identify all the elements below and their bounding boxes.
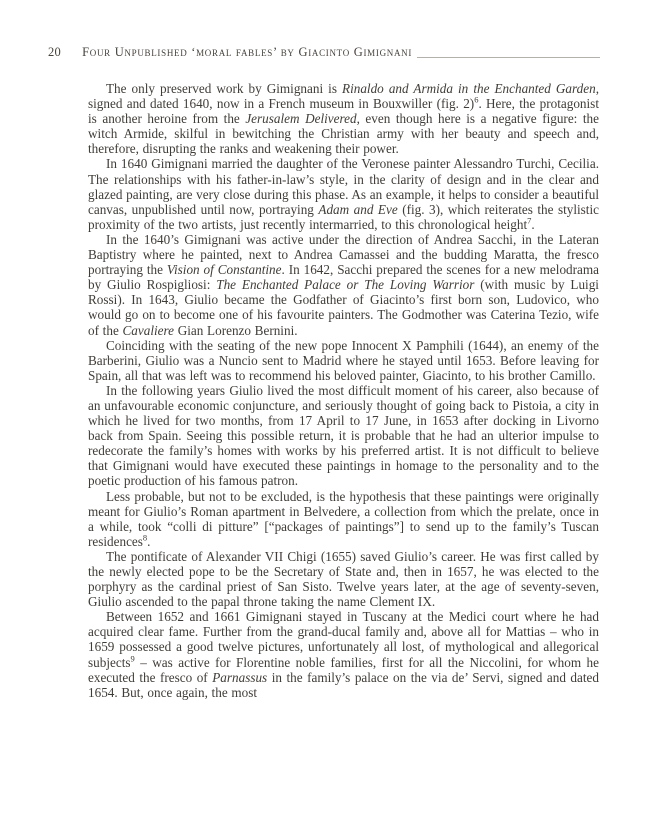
text-run: . [147,534,150,549]
body-text: The only preserved work by Gimignani is … [88,81,599,700]
paragraph: In the following years Giulio lived the … [88,383,599,489]
document-page: 20 Four Unpublished ‘moral fables’ by Gi… [0,0,650,839]
paragraph: In the 1640’s Gimignani was active under… [88,232,599,338]
paragraph: The pontificate of Alexander VII Chigi (… [88,549,599,609]
paragraph: Coinciding with the seating of the new p… [88,338,599,383]
italic-text: Parnassus [212,670,267,685]
page-header: 20 Four Unpublished ‘moral fables’ by Gi… [48,45,600,60]
text-run: The only preserved work by Gimignani is [106,81,342,96]
italic-text: Cavaliere [123,323,175,338]
page-number: 20 [48,45,61,60]
paragraph: In 1640 Gimignani married the daughter o… [88,156,599,231]
paragraph: The only preserved work by Gimignani is … [88,81,599,156]
italic-text: Jerusalem Delivered [245,111,356,126]
paragraph: Less probable, but not to be excluded, i… [88,489,599,549]
text-run: Gian Lorenzo Bernini. [174,323,298,338]
italic-text: The Enchanted Palace or The Loving Warri… [216,277,474,292]
text-run: The pontificate of Alexander VII Chigi (… [88,549,599,609]
text-run: Coinciding with the seating of the new p… [88,338,599,383]
text-run: . [531,217,534,232]
italic-text: Adam and Eve [318,202,397,217]
italic-text: Vision of Constantine [167,262,282,277]
text-run: Less probable, but not to be excluded, i… [88,489,599,549]
header-rule [417,57,600,58]
text-run: In the following years Giulio lived the … [88,383,599,489]
running-title: Four Unpublished ‘moral fables’ by Giaci… [82,45,412,60]
paragraph: Between 1652 and 1661 Gimignani stayed i… [88,609,599,700]
italic-text: Rinaldo and Armida in the Enchanted Gard… [342,81,596,96]
